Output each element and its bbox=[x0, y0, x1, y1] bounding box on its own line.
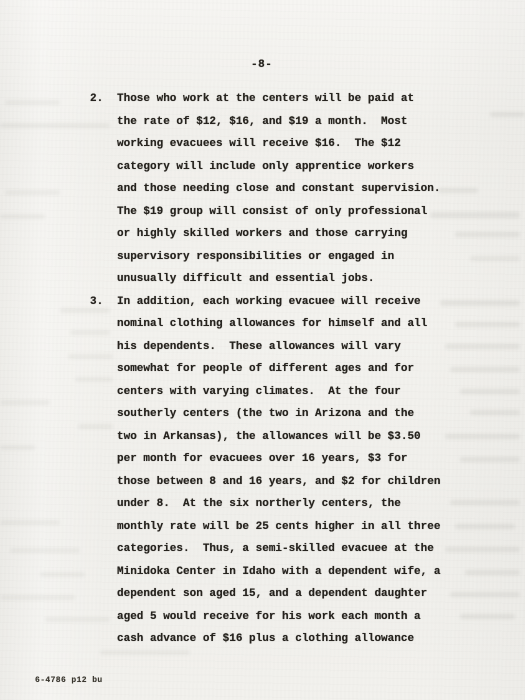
paragraph-number: 3. bbox=[90, 291, 117, 314]
text-line: or highly skilled workers and those carr… bbox=[117, 223, 490, 246]
text-line: per month for evacuees over 16 years, $3… bbox=[117, 448, 490, 471]
paragraph-text: In addition, each working evacuee will r… bbox=[117, 291, 490, 651]
bleed-through-smudge bbox=[5, 100, 60, 105]
page-number: -8- bbox=[251, 59, 272, 71]
text-line: category will include only apprentice wo… bbox=[117, 156, 490, 179]
text-line: southerly centers (the two in Arizona an… bbox=[117, 403, 490, 426]
text-line: aged 5 would receive for his work each m… bbox=[117, 606, 490, 629]
text-line: In addition, each working evacuee will r… bbox=[117, 291, 490, 314]
text-line: two in Arkansas), the allowances will be… bbox=[117, 426, 490, 449]
bleed-through-smudge bbox=[490, 112, 525, 117]
paragraph-number: 2. bbox=[90, 88, 117, 111]
document-page: -8- 2. Those who work at the centers wil… bbox=[0, 0, 525, 700]
text-line: somewhat for people of different ages an… bbox=[117, 358, 490, 381]
text-line: the rate of $12, $16, and $19 a month. M… bbox=[117, 111, 490, 134]
document-body: 2. Those who work at the centers will be… bbox=[90, 88, 490, 651]
bleed-through-smudge bbox=[100, 650, 190, 655]
text-line: centers with varying climates. At the fo… bbox=[117, 381, 490, 404]
text-line: Minidoka Center in Idaho with a dependen… bbox=[117, 561, 490, 584]
text-line: working evacuees will receive $16. The $… bbox=[117, 133, 490, 156]
text-line: under 8. At the six northerly centers, t… bbox=[117, 493, 490, 516]
footer-mark: 6-4786 p12 bu bbox=[35, 676, 103, 685]
text-line: and those needing close and constant sup… bbox=[117, 178, 490, 201]
text-line: cash advance of $16 plus a clothing allo… bbox=[117, 628, 490, 651]
text-line: those between 8 and 16 years, and $2 for… bbox=[117, 471, 490, 494]
numbered-paragraph-2: 2. Those who work at the centers will be… bbox=[90, 88, 490, 291]
paragraph-text: Those who work at the centers will be pa… bbox=[117, 88, 490, 291]
bleed-through-smudge bbox=[0, 214, 45, 219]
text-line: unusually difficult and essential jobs. bbox=[117, 268, 490, 291]
bleed-through-smudge bbox=[0, 595, 75, 600]
text-line: The $19 group will consist of only profe… bbox=[117, 201, 490, 224]
text-line: nominal clothing allowances for himself … bbox=[117, 313, 490, 336]
bleed-through-smudge bbox=[10, 548, 80, 553]
text-line: categories. Thus, a semi-skilled evacuee… bbox=[117, 538, 490, 561]
text-line: monthly rate will be 25 cents higher in … bbox=[117, 516, 490, 539]
bleed-through-smudge bbox=[40, 572, 85, 577]
text-line: his dependents. These allowances will va… bbox=[117, 336, 490, 359]
bleed-through-smudge bbox=[0, 520, 60, 525]
text-line: supervisory responsibilities or engaged … bbox=[117, 246, 490, 269]
bleed-through-smudge bbox=[0, 445, 35, 450]
text-line: dependent son aged 15, and a dependent d… bbox=[117, 583, 490, 606]
bleed-through-smudge bbox=[5, 190, 60, 195]
text-line: Those who work at the centers will be pa… bbox=[117, 88, 490, 111]
numbered-paragraph-3: 3. In addition, each working evacuee wil… bbox=[90, 291, 490, 651]
bleed-through-smudge bbox=[0, 400, 50, 405]
